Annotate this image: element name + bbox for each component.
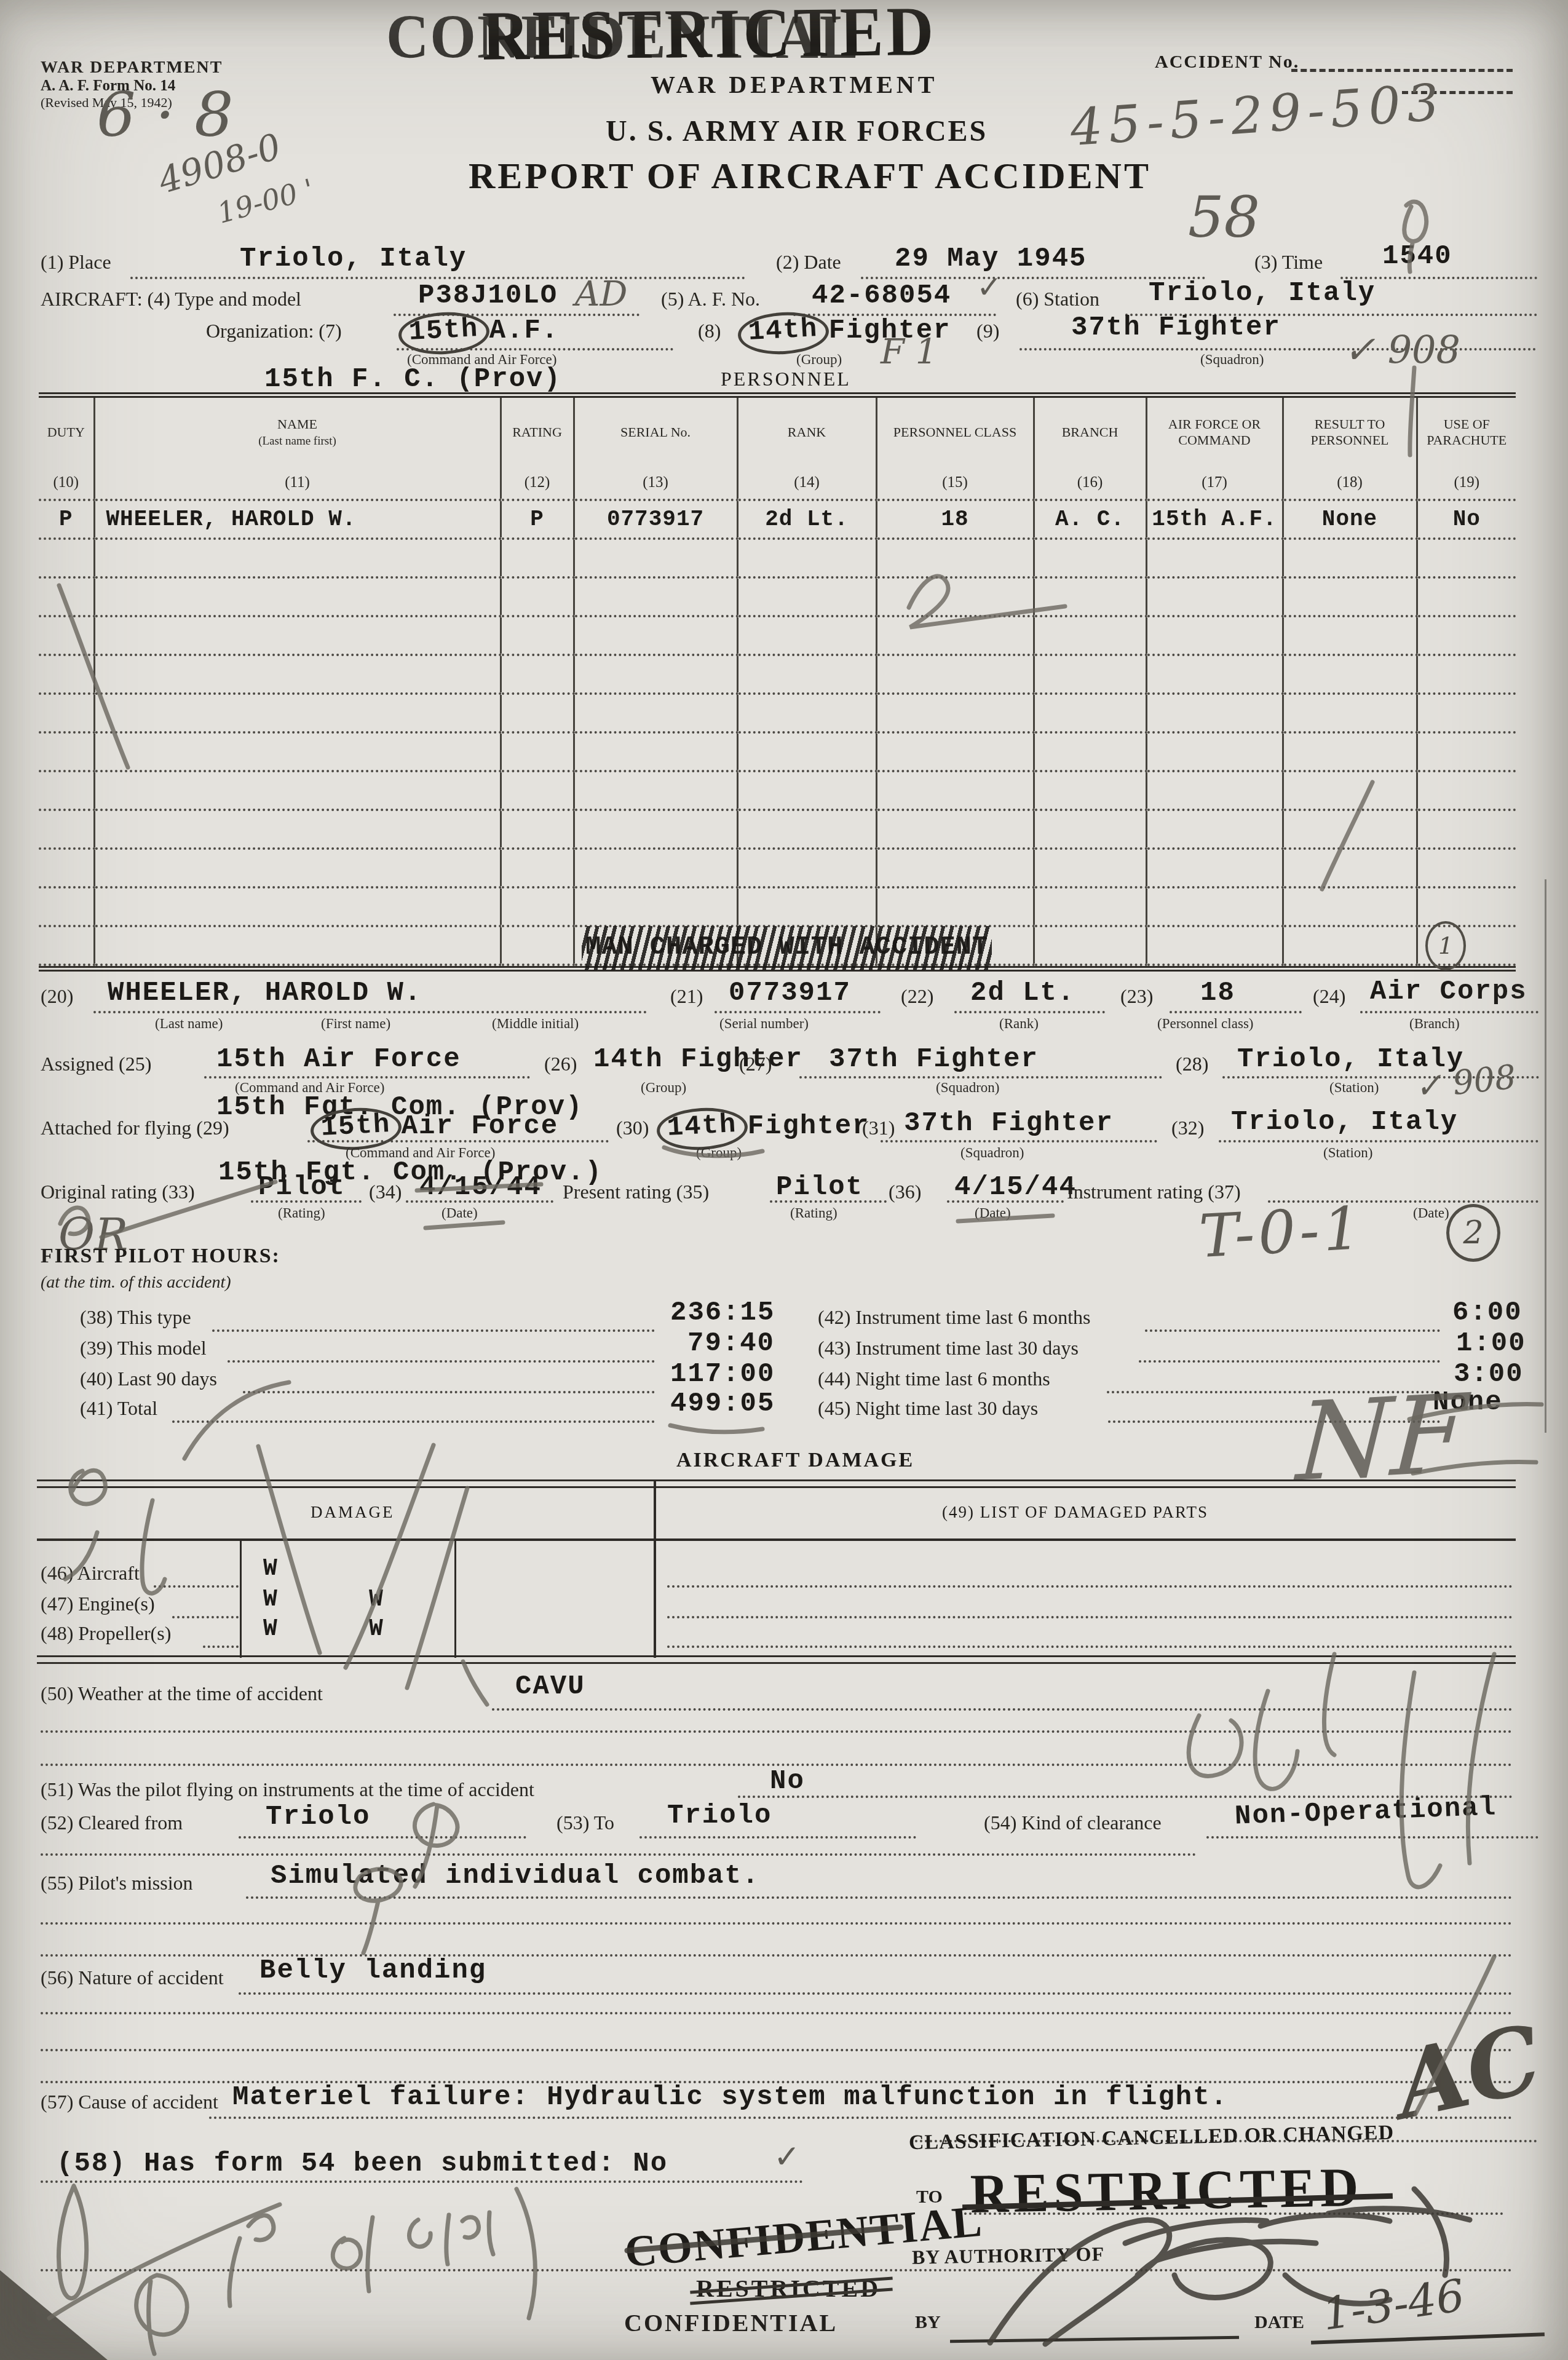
organization-line (397, 348, 673, 350)
f24-line (1360, 1011, 1538, 1013)
col-branch: BRANCH (1034, 398, 1146, 467)
f50-label: (50) Weather at the time of accident (41, 1682, 323, 1705)
f32-line (1219, 1140, 1538, 1142)
f27-sub: (Squadron) (936, 1080, 999, 1096)
attached-label: Attached for flying (29) (41, 1117, 229, 1139)
by-authority-label: BY AUTHORITY OF (912, 2243, 1105, 2268)
f34-label: (34) (369, 1181, 402, 1203)
f41-value: 499:05 (670, 1388, 775, 1419)
f57-line (209, 2116, 1513, 2119)
f56-line (239, 1992, 1513, 1995)
f48-w1: W (263, 1616, 279, 1642)
pencil-stroke (142, 1500, 165, 1593)
aircraft-type-pencil-note: AD (575, 274, 627, 314)
f33-line (251, 1200, 362, 1203)
f52-line (239, 1836, 526, 1839)
pencil-circled-1: 1 (1425, 921, 1466, 970)
aircraft-type-label: AIRCRAFT: (4) Type and model (41, 288, 301, 311)
empty-row (39, 849, 1516, 887)
ink-stroke (1156, 2241, 1316, 2260)
f35-value: Pilot (776, 1172, 863, 1203)
stamp-area-line-2 (959, 2212, 1503, 2215)
pencil-note-6-8: 6 · 8 (97, 79, 234, 151)
col-result: RESULT TO PERSONNEL (1283, 398, 1417, 467)
f52-label: (52) Cleared from (41, 1812, 183, 1834)
f32-label: (32) (1171, 1117, 1204, 1139)
empty-row (39, 577, 1516, 616)
f47-w1: W (263, 1586, 279, 1613)
af-no-label: (5) A. F. No. (661, 288, 760, 311)
f54-label: (54) Kind of clearance (984, 1812, 1162, 1834)
restricted-stamp-bottom: RESTRICTED (970, 2155, 1364, 2226)
col-duty: DUTY (39, 398, 94, 467)
station-label: (6) Station (1016, 288, 1099, 311)
pencil-stroke (137, 2275, 187, 2354)
pencil-stroke (229, 2215, 274, 2306)
col-rank: RANK (737, 398, 876, 467)
f29-value: 15thAir Force (311, 1108, 558, 1150)
f55-value: Simulated individual combat. (271, 1861, 759, 1891)
f50-line (492, 1708, 1513, 1711)
f31-line (881, 1140, 1157, 1142)
f36-value: 4/15/44 (954, 1172, 1077, 1203)
f24-value: Air Corps (1370, 976, 1527, 1007)
blank-line-1 (41, 1730, 1513, 1733)
f31-value: 37th Fighter (904, 1108, 1114, 1139)
f34-sub: (Date) (441, 1205, 478, 1221)
f23-label: (23) (1120, 985, 1153, 1008)
f21-line (715, 1011, 881, 1013)
f35-line (770, 1200, 887, 1203)
organization-label: Organization: (7) (206, 320, 342, 343)
f48-w2: W (369, 1616, 384, 1642)
squadron-sublabel: (Squadron) (1200, 352, 1264, 368)
ink-stroke (1414, 2189, 1447, 2275)
damage-table-top-rule (37, 1479, 1516, 1488)
f56-label: (56) Nature of accident (41, 1966, 224, 1989)
f29-line (307, 1140, 609, 1142)
f58-line (41, 2180, 803, 2183)
org-typed-second-line: 15th F. C. (Prov) (264, 364, 561, 395)
f37-sub: (Date) (1413, 1205, 1449, 1221)
f20-label: (20) (41, 985, 73, 1008)
f21-label: (21) (670, 985, 703, 1008)
af-no-checkmark: ✓ (976, 269, 1002, 305)
empty-row (39, 694, 1516, 732)
f20-line (93, 1011, 647, 1013)
first-pilot-hours-subheading: (at the tim. of this accident) (41, 1273, 231, 1293)
f38-dots (212, 1329, 655, 1332)
pencil-908-note: ✓ 908 (1344, 327, 1460, 372)
accident-no-written: 45-5-29-503 (1068, 73, 1447, 157)
pencil-ac-note: AC (1386, 2004, 1550, 2140)
empty-row (39, 732, 1516, 771)
time-label: (3) Time (1254, 251, 1323, 274)
station-value: Triolo, Italy (1149, 278, 1376, 309)
damage-divider (654, 1479, 656, 1658)
f34-value: 4/15/44 (419, 1172, 542, 1203)
pencil-stroke (333, 2217, 373, 2291)
f57-value: Materiel failure: Hydraulic system malfu… (232, 2082, 1228, 2113)
personnel-colnum-row: (10) (11) (12) (13) (14) (15) (16) (17) … (39, 467, 1516, 500)
assigned-label: Assigned (25) (41, 1053, 151, 1075)
f28-sub: (Station) (1329, 1080, 1379, 1096)
damage-subcol-line2 (454, 1541, 456, 1658)
f23-sub: (Personnel class) (1157, 1016, 1254, 1032)
f33-sub: (Rating) (278, 1205, 325, 1221)
ink-stroke (990, 2220, 1170, 2344)
damage-col-header: DAMAGE (311, 1503, 395, 1522)
damaged-parts-col-header: (49) LIST OF DAMAGED PARTS (942, 1503, 1208, 1522)
aircraft-damage-heading: AIRCRAFT DAMAGE (676, 1449, 914, 1472)
by-signature-line (950, 2336, 1239, 2343)
f27-value: 37th Fighter (829, 1044, 1039, 1075)
accident-no-line (1291, 69, 1513, 72)
f51-label: (51) Was the pilot flying on instruments… (41, 1778, 534, 1801)
f47-parts-line (667, 1616, 1513, 1618)
f31-label: (31) (862, 1117, 895, 1139)
f20-sub-lastname: (Last name) (155, 1016, 223, 1032)
col-parachute: USE OF PARACHUTE (1417, 398, 1516, 467)
squadron-number-label: (9) (976, 320, 999, 343)
instrument-rating-label: Instrument rating (37) (1067, 1181, 1241, 1203)
empty-row (39, 887, 1516, 926)
f57-label: (57) Cause of accident (41, 2091, 218, 2113)
f41-label: (41) Total (80, 1397, 157, 1420)
f40-dots (243, 1391, 655, 1393)
usaaf-heading: U. S. ARMY AIR FORCES (606, 114, 988, 148)
f30-rest: Fighter (748, 1111, 870, 1142)
f46-parts-line (667, 1585, 1513, 1588)
f32-sub: (Station) (1323, 1145, 1373, 1161)
classification-cancelled-stamp: CLASSIFICATION CANCELLED OR CHANGED (909, 2121, 1395, 2155)
f40-value: 117:00 (670, 1359, 775, 1390)
place-label: (1) Place (41, 251, 111, 274)
pencil-stroke (410, 2212, 493, 2264)
f43-dots (1139, 1360, 1440, 1363)
pencil-stroke (1189, 1716, 1241, 1776)
f40-label: (40) Last 90 days (80, 1368, 217, 1390)
f29-rest: Air Force (402, 1111, 559, 1142)
f54-value: Non-Operational (1234, 1792, 1497, 1832)
place-line (130, 277, 745, 279)
f42-value: 6:00 (1452, 1297, 1522, 1328)
aircraft-type-value: P38J10LO (418, 280, 558, 311)
pencil-stroke (1255, 1691, 1297, 1789)
f47-w2: W (369, 1586, 384, 1613)
struck-section-heading: MAN CHARGED WITH ACCIDENT (585, 932, 988, 962)
date-written-value: 1-3-46 (1319, 2269, 1467, 2340)
personnel-header-row: DUTY NAME(Last name first) RATING SERIAL… (39, 398, 1516, 467)
f42-dots (1145, 1329, 1440, 1332)
f24-sub: (Branch) (1409, 1016, 1460, 1032)
f20-value: WHEELER, HAROLD W. (108, 978, 422, 1008)
af-no-value: 42-68054 (812, 280, 951, 311)
f48-dots (203, 1645, 239, 1648)
col-air-force-command: AIR FORCE OR COMMAND (1146, 398, 1283, 467)
f38-value: 236:15 (670, 1297, 775, 1328)
accident-no-label: ACCIDENT No. (1155, 52, 1299, 73)
present-rating-label: Present rating (35) (563, 1181, 709, 1203)
f21-sub: (Serial number) (719, 1016, 809, 1032)
pencil-circled-2: 2 (1446, 1204, 1500, 1262)
f45-label: (45) Night time last 30 days (818, 1397, 1038, 1420)
personnel-heading: PERSONNEL (721, 368, 851, 390)
f38-label: (38) This type (80, 1306, 191, 1329)
restricted-stamp-top: RESTRICTED (481, 0, 937, 77)
group-number-label: (8) (698, 320, 721, 343)
form-dept-line: WAR DEPARTMENT (41, 58, 223, 77)
f30-sub: (Group) (696, 1145, 742, 1161)
f58-line-typed: (58) Has form 54 been submitted: No (57, 2148, 668, 2179)
pencil-stroke (49, 2204, 280, 2318)
empty-row (39, 771, 1516, 810)
f47-dots (172, 1616, 239, 1618)
time-value: 1540 (1382, 241, 1452, 272)
personnel-table: DUTY NAME(Last name first) RATING SERIAL… (39, 392, 1516, 972)
f46-w1: W (263, 1556, 279, 1582)
f36-sub: (Date) (975, 1205, 1011, 1221)
f44-label: (44) Night time last 6 months (818, 1368, 1050, 1390)
f30-label: (30) (616, 1117, 649, 1139)
damage-header-rule (37, 1538, 1516, 1541)
f39-dots (228, 1360, 655, 1363)
f46-label: (46) Aircraft (41, 1562, 140, 1585)
f41-dots (172, 1420, 655, 1423)
page-edge-line (1545, 879, 1546, 1433)
blank-line-3 (41, 1853, 1197, 1856)
col-serial: SERIAL No. (574, 398, 737, 467)
ink-stroke (1125, 2220, 1267, 2243)
first-pilot-hours-heading: FIRST PILOT HOURS: (41, 1245, 280, 1268)
f20-sub-firstname: (First name) (321, 1016, 390, 1032)
group-circled: 14th (737, 310, 830, 357)
report-of-aircraft-accident-page: WAR DEPARTMENT A. A. F. Form No. 14 (Rev… (0, 0, 1568, 2360)
f52-value: Triolo (266, 1802, 370, 1832)
f22-label: (22) (901, 985, 933, 1008)
f58-checkmark: ✓ (774, 2139, 801, 2176)
pencil-stroke (1401, 1673, 1440, 1887)
date-label: (2) Date (776, 251, 841, 274)
f26-label: (26) (544, 1053, 577, 1075)
f20-sub-middleinitial: (Middle initial) (492, 1016, 579, 1032)
date-stamp-label: DATE (1254, 2312, 1304, 2333)
f31-sub: (Squadron) (960, 1145, 1024, 1161)
f26-sub: (Group) (641, 1080, 686, 1096)
personnel-data-row: P WHEELER, HAROLD W. P 0773917 2d Lt. 18… (39, 500, 1516, 539)
f46-dots (154, 1585, 239, 1588)
f30-value: 14thFighter (657, 1108, 869, 1150)
f42-label: (42) Instrument time last 6 months (818, 1306, 1091, 1329)
squadron-value: 37th Fighter (1071, 312, 1281, 343)
f23-value: 18 (1200, 978, 1235, 1008)
pencil-stroke (670, 1425, 762, 1432)
f25-line (204, 1076, 530, 1079)
f22-line (954, 1011, 1105, 1013)
pencil-t01-note: T-0-1 (1197, 1194, 1366, 1271)
by-label: BY (915, 2312, 941, 2333)
f53-value: Triolo (667, 1800, 772, 1831)
f32-value: Triolo, Italy (1231, 1107, 1458, 1138)
damage-table-bottom-rule (37, 1655, 1516, 1664)
f33-value: Pilot (258, 1172, 346, 1203)
f55-line (246, 1896, 1513, 1899)
pencil-stroke (426, 1222, 503, 1228)
f22-sub: (Rank) (999, 1016, 1039, 1032)
empty-row (39, 616, 1516, 655)
empty-row (39, 655, 1516, 694)
f55-label: (55) Pilot's mission (41, 1872, 193, 1895)
stamp-area-line-3 (41, 2269, 1513, 2271)
empty-row (39, 810, 1516, 849)
blank-line-6 (41, 2012, 1513, 2014)
f24-label: (24) (1313, 985, 1345, 1008)
pencil-stroke (463, 1661, 487, 1705)
page-corner-fold (0, 2270, 108, 2360)
confidential-stamp-small: CONFIDENTIAL (624, 2308, 837, 2337)
f48-label: (48) Propeller(s) (41, 1622, 171, 1645)
pencil-stroke (517, 2189, 535, 2318)
f34-line (406, 1200, 553, 1203)
f22-value: 2d Lt. (970, 978, 1075, 1008)
place-value: Triolo, Italy (240, 244, 467, 274)
f21-value: 0773917 (729, 978, 851, 1008)
original-rating-label: Original rating (33) (41, 1181, 195, 1203)
f23-line (1170, 1011, 1302, 1013)
f27-line (799, 1076, 1162, 1079)
org-command-rest: A.F. (489, 315, 560, 346)
f36-line (947, 1200, 1064, 1203)
empty-row (39, 539, 1516, 577)
page-title: REPORT OF AIRCRAFT ACCIDENT (469, 155, 1151, 197)
f43-value: 1:00 (1456, 1328, 1526, 1359)
f28-label: (28) (1176, 1053, 1208, 1075)
f39-value: 79:40 (687, 1328, 775, 1359)
group-pencil-note: F 1 (881, 332, 937, 372)
f50-value: CAVU (515, 1671, 585, 1702)
f47-label: (47) Engine(s) (41, 1593, 155, 1615)
f53-line (639, 1836, 916, 1839)
f48-parts-line (667, 1645, 1513, 1648)
f53-label: (53) To (556, 1812, 614, 1834)
pencil-stroke (346, 1445, 434, 1668)
pencil-stroke (1468, 1654, 1494, 1863)
blank-line-4 (41, 1922, 1513, 1925)
f36-label: (36) (889, 1181, 921, 1203)
f54-line (1206, 1836, 1538, 1839)
f51-value: No (770, 1766, 805, 1797)
f56-value: Belly landing (259, 1955, 486, 1986)
f35-sub: (Rating) (790, 1205, 837, 1221)
group-sublabel: (Group) (796, 352, 842, 368)
pencil-stroke (1324, 1654, 1334, 1755)
col-name: NAME(Last name first) (94, 398, 501, 467)
col-personnel-class: PERSONNEL CLASS (876, 398, 1034, 467)
f27-label: (27) (739, 1053, 772, 1075)
war-department-heading: WAR DEPARTMENT (651, 70, 938, 99)
pencil-stroke (58, 2186, 86, 2299)
blank-line-7 (41, 2049, 1513, 2051)
col-rating: RATING (501, 398, 574, 467)
damage-subcol-line1 (240, 1541, 242, 1658)
f25-value: 15th Air Force (216, 1044, 461, 1075)
pencil-note-58: 58 (1188, 184, 1260, 250)
f39-label: (39) This model (80, 1337, 207, 1360)
f43-label: (43) Instrument time last 30 days (818, 1337, 1079, 1360)
